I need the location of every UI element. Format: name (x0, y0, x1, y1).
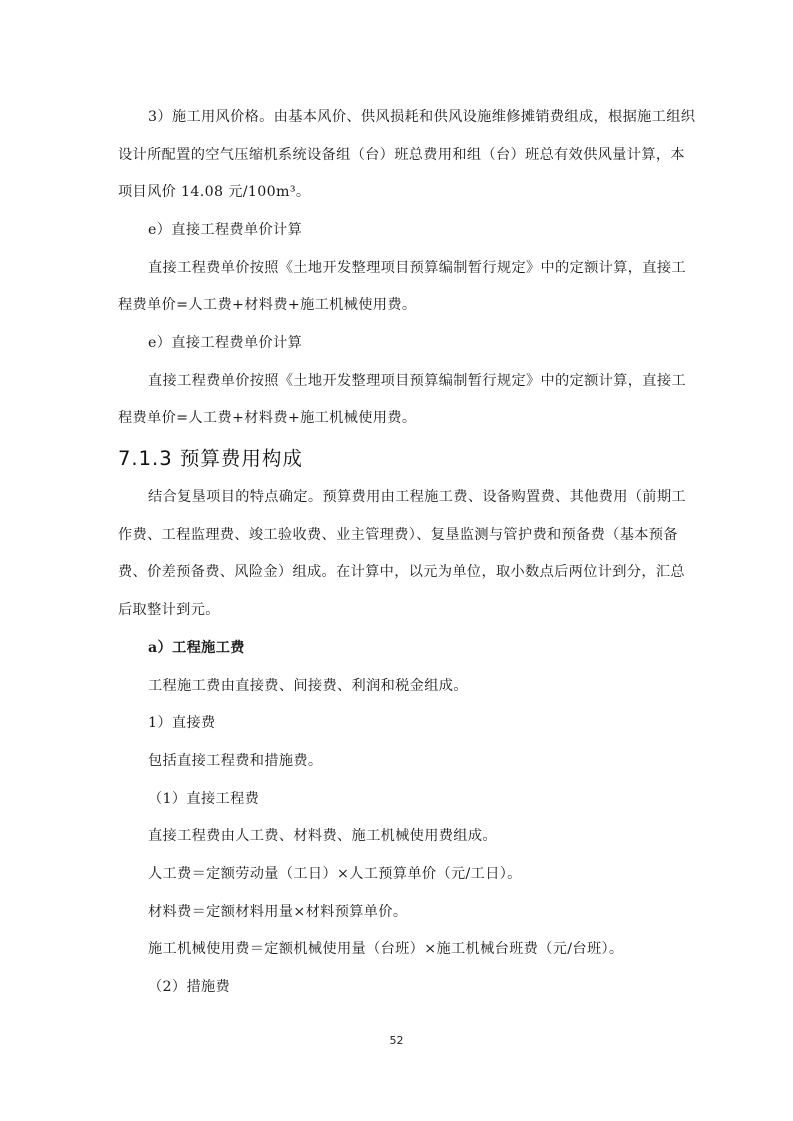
air-price-line-1: 3）施工用风价格。由基本风价、供风损耗和供风设施维修摊销费组成，根据施工组织 (148, 107, 708, 127)
budget-composition-line-3: 费、价差预备费、风险金）组成。在计算中，以元为单位，取小数点后两位计到分，汇总 (118, 562, 678, 582)
budget-composition-line-4: 后取整计到元。 (118, 600, 678, 620)
material-cost-formula: 材料费＝定额材料用量×材料预算单价。 (148, 902, 708, 922)
subsection-e-title-2: e）直接工程费单价计算 (148, 333, 708, 353)
subsection-e-title-1: e）直接工程费单价计算 (148, 220, 708, 240)
subsection-a-title: a）工程施工费 (148, 638, 708, 658)
budget-composition-line-2: 作费、工程监理费、竣工验收费、业主管理费）、复垦监测与管护费和预备费（基本预备 (118, 525, 678, 545)
section-heading-7-1-3: 7.1.3 预算费用构成 (118, 447, 303, 471)
direct-engineering-fee-title: （1）直接工程费 (148, 789, 708, 809)
direct-fee-description: 包括直接工程费和措施费。 (148, 751, 708, 771)
subsection-e-2-line-1: 直接工程费单价按照《土地开发整理项目预算编制暂行规定》中的定额计算，直接工 (148, 371, 708, 391)
subsection-e-1-line-2: 程费单价=人工费+材料费+施工机械使用费。 (118, 295, 678, 315)
labor-cost-formula: 人工费＝定额劳动量（工日）×人工预算单价（元/工日）。 (148, 864, 708, 884)
construction-fee-intro: 工程施工费由直接费、间接费、利润和税金组成。 (148, 676, 708, 696)
page-number: 52 (0, 1034, 793, 1047)
subsection-e-2-line-2: 程费单价=人工费+材料费+施工机械使用费。 (118, 408, 678, 428)
direct-fee-title: 1）直接费 (148, 713, 708, 733)
measures-fee-title: （2）措施费 (148, 977, 708, 997)
machinery-cost-formula: 施工机械使用费＝定额机械使用量（台班）×施工机械台班费（元/台班）。 (148, 939, 708, 959)
subsection-e-1-line-1: 直接工程费单价按照《土地开发整理项目预算编制暂行规定》中的定额计算，直接工 (148, 258, 708, 278)
document-page: 3）施工用风价格。由基本风价、供风损耗和供风设施维修摊销费组成，根据施工组织 设… (0, 0, 793, 1121)
air-price-line-2: 设计所配置的空气压缩机系统设备组（台）班总费用和组（台）班总有效供风量计算，本 (118, 145, 678, 165)
budget-composition-line-1: 结合复垦项目的特点确定。预算费用由工程施工费、设备购置费、其他费用（前期工 (148, 487, 708, 507)
air-price-line-3: 项目风价 14.08 元/100m³。 (118, 182, 678, 202)
direct-engineering-fee-description: 直接工程费由人工费、材料费、施工机械使用费组成。 (148, 826, 708, 846)
